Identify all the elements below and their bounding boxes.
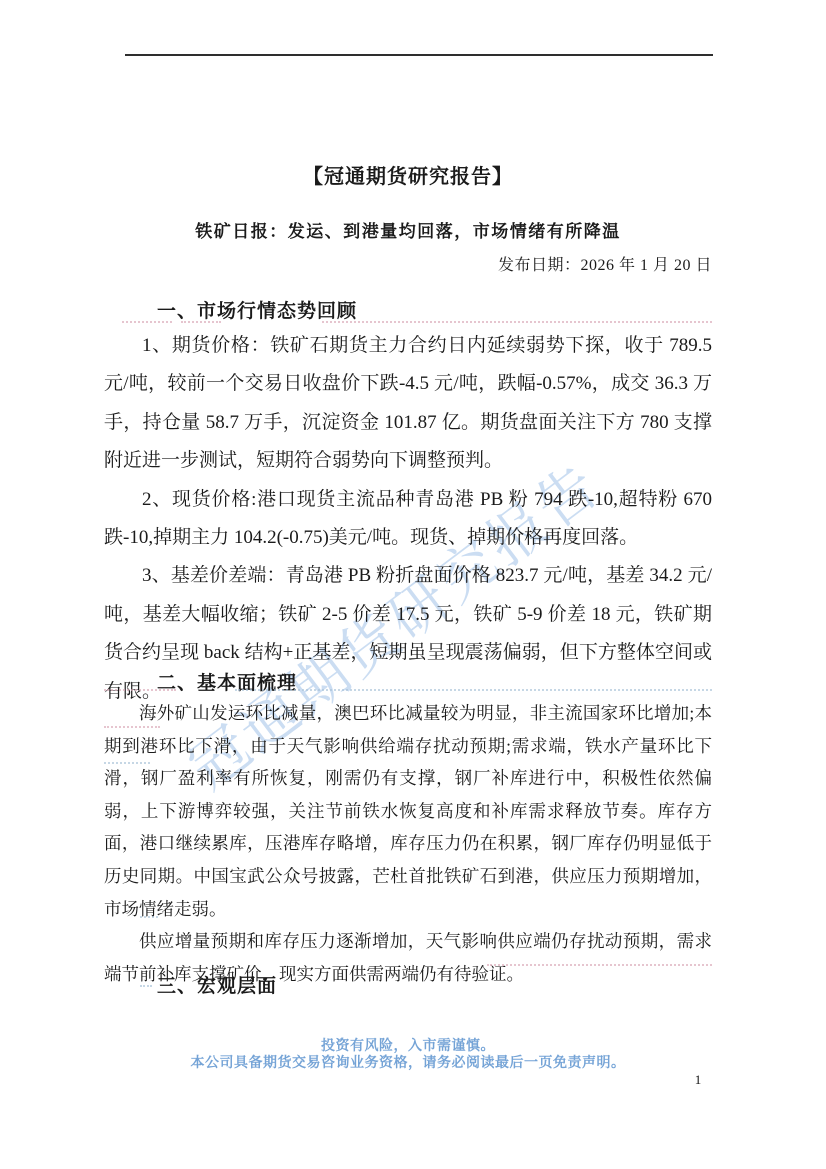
spellcheck-underline (487, 964, 712, 966)
spellcheck-underline (322, 321, 712, 323)
section-2-body: 海外矿山发运环比减量，澳巴环比减量较为明显，非主流国家环比增加;本期到港环比下滑… (104, 697, 712, 990)
paragraph-spot-price: 2、现货价格:港口现货主流品种青岛港 PB 粉 794 跌-10,超特粉 670… (104, 481, 712, 558)
paragraph-fundamentals: 海外矿山发运环比减量，澳巴环比减量较为明显，非主流国家环比增加;本期到港环比下滑… (104, 697, 712, 925)
header-rule (125, 54, 713, 56)
report-subtitle: 铁矿日报：发运、到港量均回落，市场情绪有所降温 (104, 217, 712, 242)
disclaimer-footer: 投资有风险，入市需谨慎。 本公司具备期货交易咨询业务资格，请务必阅读最后一页免责… (104, 1038, 712, 1072)
report-page: 冠通期货研究报告 【冠通期货研究报告】 铁矿日报：发运、到港量均回落，市场情绪有… (0, 0, 826, 1169)
disclaimer-line-1: 投资有风险，入市需谨慎。 (104, 1038, 712, 1055)
publish-date: 发布日期：2026 年 1 月 20 日 (104, 252, 712, 275)
paragraph-futures-price: 1、期货价格：铁矿石期货主力合约日内延续弱势下探，收于 789.5 元/吨，较前… (104, 327, 712, 481)
spellcheck-underline (140, 985, 152, 987)
page-number: 1 (686, 1072, 710, 1088)
section-1-heading: 一、市场行情态势回顾 (157, 296, 357, 323)
section-1-body: 1、期货价格：铁矿石期货主力合约日内延续弱势下探，收于 789.5 元/吨，较前… (104, 327, 712, 711)
spellcheck-underline (122, 321, 172, 323)
spellcheck-underline (235, 689, 712, 691)
section-3-heading: 三、宏观层面 (157, 971, 277, 998)
spellcheck-underline (181, 321, 221, 323)
report-title: 【冠通期货研究报告】 (104, 160, 712, 189)
disclaimer-line-2: 本公司具备期货交易咨询业务资格，请务必阅读最后一页免责声明。 (104, 1055, 712, 1072)
spellcheck-underline (104, 689, 176, 691)
